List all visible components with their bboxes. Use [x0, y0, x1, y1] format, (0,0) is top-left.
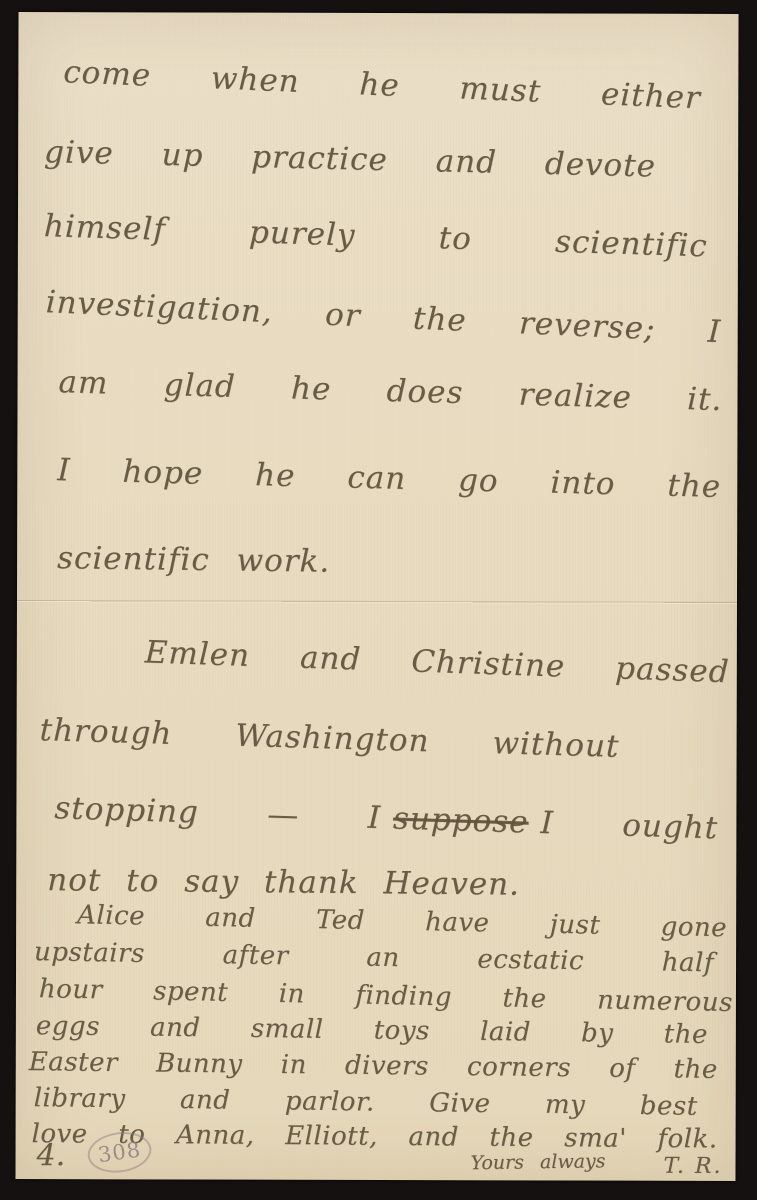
letter-line: give up practice and devote [44, 134, 657, 184]
page-number: 4. [36, 1138, 65, 1173]
fold-crease [17, 600, 737, 605]
letter-line: hour spent in finding the numerous [39, 974, 733, 1018]
line-segment: I ought [540, 805, 719, 846]
letter-line: Emlen and Christine passed [144, 634, 730, 690]
letter-line: am glad he does realize it. [58, 364, 723, 418]
letter-line: library and parlor. Give my best [33, 1083, 697, 1122]
letter-line: himself purely to scientific [43, 208, 708, 264]
letter-line: Easter Bunny in divers corners of the [29, 1047, 718, 1085]
letter-line: upstairs after an ecstatic half [34, 937, 714, 978]
letter-line: through Washington without [39, 712, 620, 765]
signature-initials: T. R. [663, 1154, 722, 1179]
letter-line: eggs and small toys laid by the [36, 1011, 708, 1050]
struck-word: suppose [393, 801, 530, 841]
scan-background: come when he must either give up practic… [0, 0, 757, 1200]
letter-line: investigation, or the reverse; I [45, 284, 722, 350]
letter-page: come when he must either give up practic… [15, 12, 738, 1181]
letter-line-with-strikethrough: stopping — IsupposeI ought [54, 790, 719, 846]
letter-line: come when he must either [63, 54, 702, 116]
stamp-number: 308 [97, 1137, 143, 1167]
letter-line: Alice and Ted have just gone [77, 900, 727, 943]
line-segment: stopping — I [54, 790, 382, 836]
letter-line: scientific work. [57, 540, 331, 580]
closing-line: Yours always [470, 1150, 605, 1174]
letter-line: I hope he can go into the [57, 452, 722, 505]
letter-line: not to say thank Heaven. [47, 862, 520, 903]
